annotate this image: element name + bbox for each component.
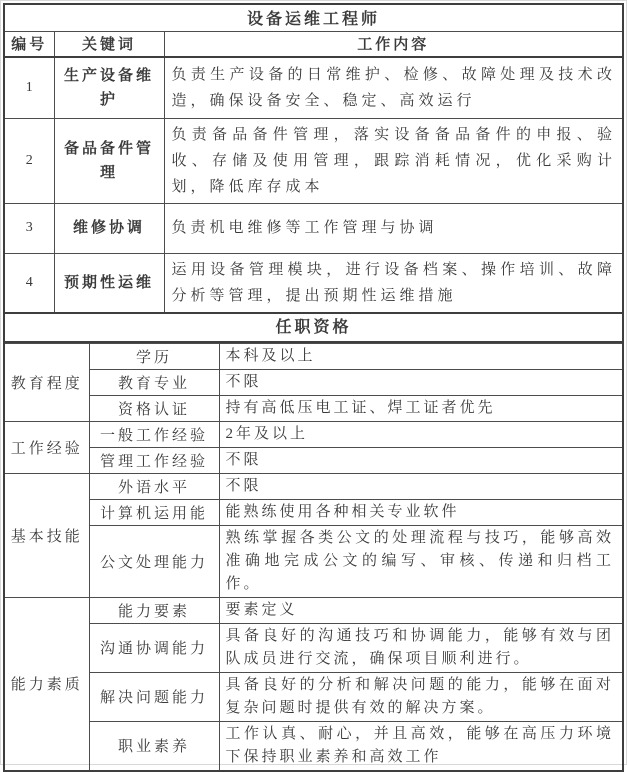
- row-content: 运用设备管理模块，进行设备档案、操作培训、故障分析等管理，提出预期性运维措施: [164, 253, 623, 313]
- value-cell: 具备良好的分析和解决问题的能力，能够在面对复杂问题时提供有效的解决方案。: [219, 672, 623, 721]
- row-content: 负责备品备件管理，落实设备备品备件的申报、验收、存储及使用管理，跟踪消耗情况，优…: [164, 118, 623, 203]
- value-cell: 具备良好的沟通技巧和协调能力，能够有效与团队成员进行交流，确保项目顺利进行。: [219, 623, 623, 672]
- value-cell: 不限: [219, 369, 623, 395]
- table-row: 能力素质 能力要素 要素定义: [4, 597, 623, 623]
- table-row: 教育程度 学历 本科及以上: [4, 343, 623, 369]
- row-id: 4: [4, 253, 54, 313]
- table-row: 解决问题能力 具备良好的分析和解决问题的能力，能够在面对复杂问题时提供有效的解决…: [4, 672, 623, 721]
- label-cell: 沟通协调能力: [89, 623, 219, 672]
- value-cell: 要素定义: [219, 597, 623, 623]
- value-cell: 2年及以上: [219, 421, 623, 447]
- row-id: 2: [4, 118, 54, 203]
- label-cell: 职业素养: [89, 721, 219, 771]
- label-cell: 能力要素: [89, 597, 219, 623]
- row-content: 负责生产设备的日常维护、检修、故障处理及技术改造，确保设备安全、稳定、高效运行: [164, 57, 623, 118]
- job-title-row: 设备运维工程师: [4, 4, 623, 31]
- column-header-keyword: 关键词: [54, 31, 164, 57]
- label-cell: 一般工作经验: [89, 421, 219, 447]
- category-cell: 能力素质: [4, 597, 89, 771]
- row-keyword: 预期性运维: [54, 253, 164, 313]
- row-id: 3: [4, 203, 54, 253]
- table-row: 基本技能 外语水平 不限: [4, 473, 623, 499]
- job-header-row: 编号 关键词 工作内容: [4, 31, 623, 57]
- category-cell: 教育程度: [4, 343, 89, 421]
- label-cell: 教育专业: [89, 369, 219, 395]
- value-cell: 持有高低压电工证、焊工证者优先: [219, 395, 623, 421]
- table-row: 沟通协调能力 具备良好的沟通技巧和协调能力，能够有效与团队成员进行交流，确保项目…: [4, 623, 623, 672]
- value-cell: 不限: [219, 447, 623, 473]
- label-cell: 学历: [89, 343, 219, 369]
- category-cell: 基本技能: [4, 473, 89, 597]
- row-keyword: 生产设备维护: [54, 57, 164, 118]
- table-row: 工作经验 一般工作经验 2年及以上: [4, 421, 623, 447]
- qualifications-table: 教育程度 学历 本科及以上 教育专业 不限 资格认证 持有高低压电工证、焊工证者…: [3, 343, 624, 772]
- category-cell: 工作经验: [4, 421, 89, 473]
- table-row: 1 生产设备维护 负责生产设备的日常维护、检修、故障处理及技术改造，确保设备安全…: [4, 57, 623, 118]
- row-content: 负责机电维修等工作管理与协调: [164, 203, 623, 253]
- value-cell: 本科及以上: [219, 343, 623, 369]
- value-cell: 工作认真、耐心，并且高效，能够在高压力环境下保持职业素养和高效工作: [219, 721, 623, 771]
- label-cell: 计算机运用能: [89, 499, 219, 525]
- table-row: 公文处理能力 熟练掌握各类公文的处理流程与技巧，能够高效准确地完成公文的编写、审…: [4, 525, 623, 597]
- job-duties-table: 设备运维工程师 编号 关键词 工作内容 1 生产设备维护 负责生产设备的日常维护…: [3, 3, 624, 314]
- table-row: 3 维修协调 负责机电维修等工作管理与协调: [4, 203, 623, 253]
- table-row: 4 预期性运维 运用设备管理模块，进行设备档案、操作培训、故障分析等管理，提出预…: [4, 253, 623, 313]
- column-header-id: 编号: [4, 31, 54, 57]
- table-row: 资格认证 持有高低压电工证、焊工证者优先: [4, 395, 623, 421]
- row-keyword: 维修协调: [54, 203, 164, 253]
- label-cell: 管理工作经验: [89, 447, 219, 473]
- value-cell: 不限: [219, 473, 623, 499]
- row-keyword: 备品备件管理: [54, 118, 164, 203]
- label-cell: 外语水平: [89, 473, 219, 499]
- table-row: 计算机运用能 能熟练使用各种相关专业软件: [4, 499, 623, 525]
- row-id: 1: [4, 57, 54, 118]
- value-cell: 能熟练使用各种相关专业软件: [219, 499, 623, 525]
- column-header-content: 工作内容: [164, 31, 623, 57]
- table-row: 管理工作经验 不限: [4, 447, 623, 473]
- label-cell: 资格认证: [89, 395, 219, 421]
- table-row: 教育专业 不限: [4, 369, 623, 395]
- table-row: 职业素养 工作认真、耐心，并且高效，能够在高压力环境下保持职业素养和高效工作: [4, 721, 623, 771]
- qualifications-section-title: 任职资格: [3, 314, 624, 343]
- job-description-document: 设备运维工程师 编号 关键词 工作内容 1 生产设备维护 负责生产设备的日常维护…: [3, 3, 624, 772]
- document-page: 设备运维工程师 编号 关键词 工作内容 1 生产设备维护 负责生产设备的日常维护…: [0, 0, 627, 765]
- table-row: 2 备品备件管理 负责备品备件管理，落实设备备品备件的申报、验收、存储及使用管理…: [4, 118, 623, 203]
- job-title: 设备运维工程师: [4, 4, 623, 31]
- label-cell: 解决问题能力: [89, 672, 219, 721]
- label-cell: 公文处理能力: [89, 525, 219, 597]
- value-cell: 熟练掌握各类公文的处理流程与技巧，能够高效准确地完成公文的编写、审核、传递和归档…: [219, 525, 623, 597]
